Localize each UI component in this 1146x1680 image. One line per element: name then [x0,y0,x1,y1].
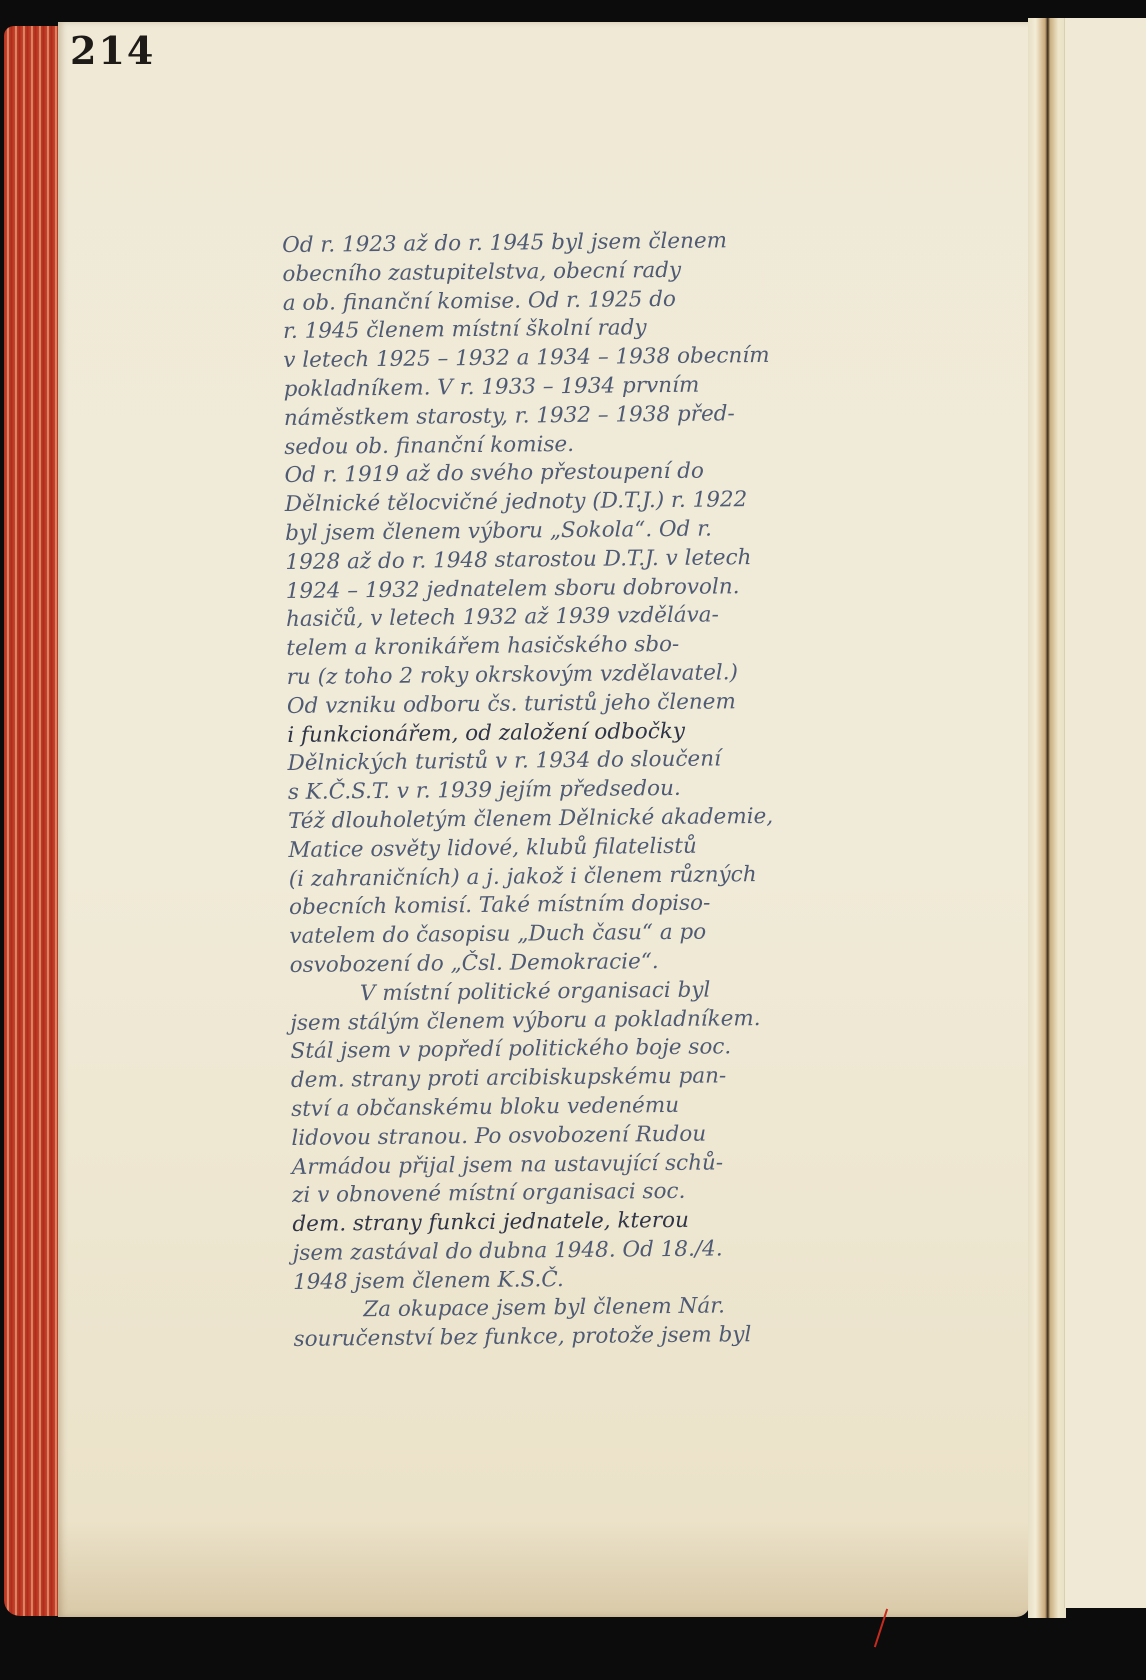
book-gutter [1028,18,1066,1618]
right-page [1064,18,1146,1608]
handwritten-text: Od r. 1923 až do r. 1945 byl jsem členem… [282,225,934,1355]
book-page-edges [4,26,64,1616]
page-number: 214 [70,28,155,73]
